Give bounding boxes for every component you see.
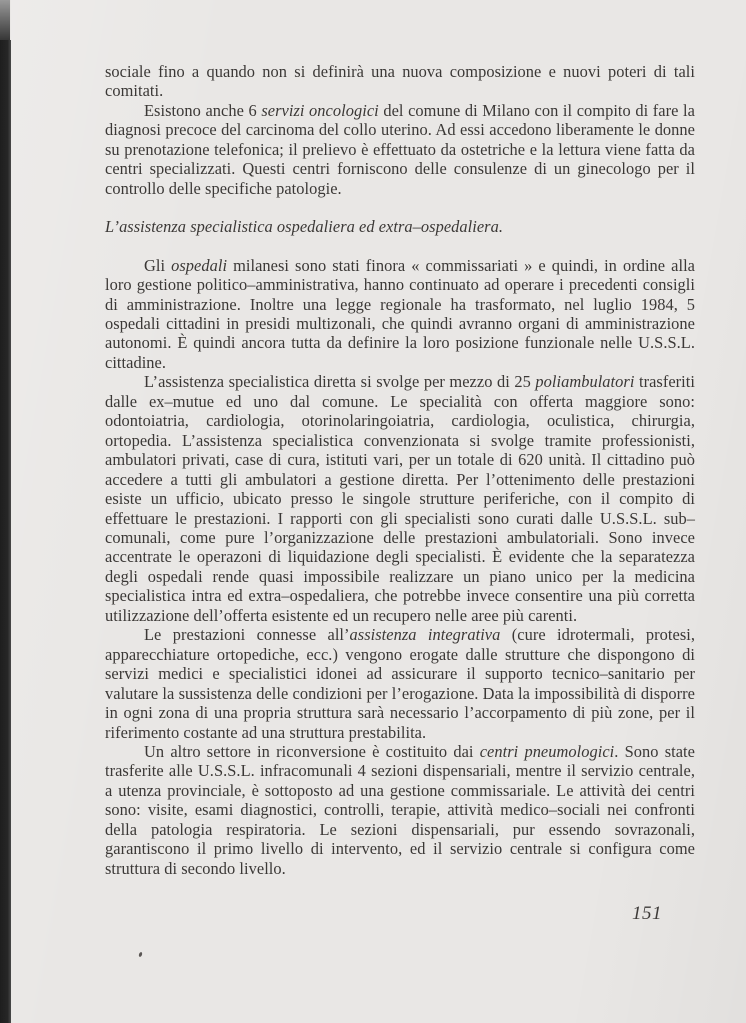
paper-speck	[138, 952, 143, 958]
paragraph-text: L’assistenza specialistica diretta si sv…	[144, 372, 535, 391]
book-binding-shadow	[0, 40, 11, 1023]
page-body: sociale fino a quando non si definirà un…	[105, 62, 695, 878]
paragraph-text: Un altro settore in riconversione è cost…	[144, 742, 480, 761]
emphasis-term: ospedali	[171, 256, 227, 275]
binding-shadow-top	[0, 0, 10, 45]
paragraph-servizi-oncologici: Esistono anche 6 servizi oncologici del …	[105, 101, 695, 198]
section-heading: L’assistenza specialistica ospedaliera e…	[105, 217, 695, 236]
paragraph-poliambulatori: L’assistenza specialistica diretta si sv…	[105, 372, 695, 625]
emphasis-term: servizi oncologici	[261, 101, 378, 120]
paragraph-text: Esistono anche 6	[144, 101, 261, 120]
paragraph-text: . Sono state trasferite alle U.S.S.L. in…	[105, 742, 695, 878]
emphasis-term: centri pneumologici	[480, 742, 615, 761]
page-number: 151	[632, 903, 662, 925]
emphasis-term: assistenza integrativa	[350, 625, 501, 644]
paragraph-continuation: sociale fino a quando non si definirà un…	[105, 62, 695, 101]
paragraph-text: trasferiti dalle ex–mutue ed uno dal com…	[105, 372, 695, 624]
emphasis-term: poliambulatori	[535, 372, 634, 391]
paragraph-text: sociale fino a quando non si definirà un…	[105, 62, 695, 100]
paragraph-centri-pneumologici: Un altro settore in riconversione è cost…	[105, 742, 695, 878]
paragraph-ospedali: Gli ospedali milanesi sono stati finora …	[105, 256, 695, 373]
paragraph-assistenza-integrativa: Le prestazioni connesse all’assistenza i…	[105, 625, 695, 742]
paragraph-text: Le prestazioni connesse all’	[144, 625, 350, 644]
paragraph-text: Gli	[144, 256, 171, 275]
